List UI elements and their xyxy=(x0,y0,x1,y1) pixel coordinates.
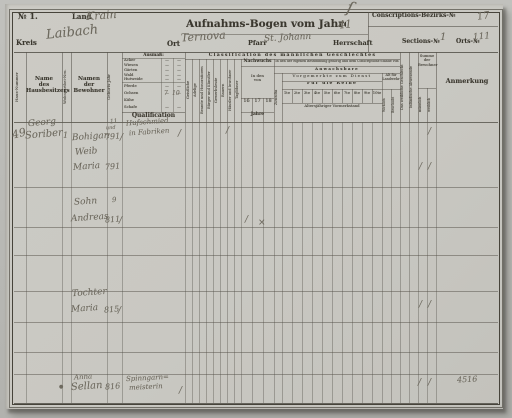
text-herrschaft-label: Herrschaft xyxy=(333,40,377,49)
grid-line xyxy=(14,322,498,323)
conscription-district-value: 17 xyxy=(476,11,490,23)
grid-line xyxy=(14,122,498,123)
grid-line xyxy=(62,122,63,403)
resident-3-birth-year: 791 xyxy=(105,162,121,171)
livestock-count-a: 7 xyxy=(164,91,168,97)
text-reihe: Für die Reihe xyxy=(282,82,382,88)
text-geburtsjahr: Geburts-Jahr xyxy=(107,54,121,120)
text-class-title: Classification des männlichen Geschlecht… xyxy=(185,53,400,59)
grid-line xyxy=(161,58,162,113)
grid-line xyxy=(14,255,498,256)
text-8: 9te xyxy=(362,91,372,99)
classification-tally-2: / xyxy=(245,216,248,225)
grid-line xyxy=(274,122,275,403)
text-dash: — xyxy=(175,77,183,82)
resident-8-birth-year: 816 xyxy=(105,382,121,391)
census-form-scan: № 1.LandKreisOrtAufnahms-Bogen vom Jahre… xyxy=(0,0,512,418)
text-0: Pferde xyxy=(124,84,158,90)
grid-line xyxy=(372,122,373,403)
text-nachwuchs-mid: In den von xyxy=(241,74,274,94)
grid-line xyxy=(322,122,323,403)
resident-7-tally: / xyxy=(118,307,121,316)
text-wohnpartei: Wohnparthei-Nro. xyxy=(63,54,71,120)
resident-3-name: Maria xyxy=(73,162,101,173)
text-2: Kühe xyxy=(124,98,158,104)
grid-line xyxy=(362,122,363,403)
grid-line xyxy=(282,122,283,403)
grid-line xyxy=(409,122,410,403)
grid-line xyxy=(14,403,498,404)
text-dash: — xyxy=(163,84,171,90)
text-2: Beamte und Honoratioren xyxy=(200,60,206,120)
sections-value: 1 xyxy=(440,33,446,43)
grid-line xyxy=(352,122,353,403)
text-1: Ochsen xyxy=(124,91,158,97)
title-year-value: 41 xyxy=(338,18,353,30)
text-0: Geistliche xyxy=(186,60,192,120)
grid-line xyxy=(213,122,214,403)
text-dash: — xyxy=(175,105,183,111)
text-jahre: Jahre xyxy=(241,113,274,121)
text-6: 7te xyxy=(342,91,352,99)
grid-line xyxy=(391,122,392,403)
grid-line xyxy=(252,122,253,403)
grid-line xyxy=(192,122,193,403)
summe-tally-2: / xyxy=(419,163,422,172)
summe-tally-4: / xyxy=(419,301,422,310)
resident-2-name: Weib xyxy=(75,147,98,158)
text-3: Schafe xyxy=(124,105,158,111)
text-7: Taglöhner xyxy=(235,60,241,120)
grid-line xyxy=(14,187,498,188)
text-dash: — xyxy=(163,77,171,82)
text-besitzer: Name des Hausbesitzers xyxy=(26,76,62,100)
text-4: Hutweide xyxy=(124,77,158,82)
grid-line xyxy=(227,122,228,403)
resident-7-name: Maria xyxy=(71,304,99,315)
text-2: 3te xyxy=(302,91,312,99)
text-1: 17 xyxy=(252,99,263,107)
grid-line xyxy=(368,26,498,27)
text-0: männlich xyxy=(419,89,427,120)
text-3: Bürger und Künstler xyxy=(207,60,213,120)
text-anmerkung: Anmerkung xyxy=(436,78,498,92)
text-2: 18 xyxy=(263,99,274,107)
text-strip1: In den der eigenen Bestimmung gehörig un… xyxy=(275,60,399,66)
party-number: 1 xyxy=(63,132,68,140)
livestock-count-b: 10 xyxy=(172,91,180,97)
summe-tally-7: / xyxy=(428,379,431,388)
resident-1-birth-year: 791 xyxy=(105,132,121,141)
text-bewohner: Namen der Bewohner xyxy=(71,76,107,100)
grid-line xyxy=(234,122,235,403)
grid-line xyxy=(185,122,186,403)
grid-line xyxy=(382,122,383,403)
classification-mark-x: × xyxy=(258,219,266,228)
grid-line xyxy=(332,122,333,403)
text-4: Gewerbsleute xyxy=(214,60,220,120)
summe-tally-5: / xyxy=(428,301,431,310)
text-nachwuchs: Nachwuchs xyxy=(241,60,274,66)
grid-line xyxy=(220,122,221,403)
classification-tally: / xyxy=(226,127,229,136)
summe-tally-6: / xyxy=(418,379,421,388)
text-0: Wirklich xyxy=(383,90,391,120)
grid-line xyxy=(26,122,27,403)
text-haus: Haus-Nummer xyxy=(15,54,26,120)
text-7: 8te xyxy=(352,91,362,99)
text-5: 6te xyxy=(332,91,342,99)
text-1: Adelige xyxy=(193,60,199,120)
grid-line xyxy=(436,122,437,403)
text-4: 5te xyxy=(322,91,332,99)
text-vorgemerkt: Vorgemerkte zum Dienst xyxy=(282,74,382,80)
text-0: 1te xyxy=(282,91,292,99)
summe-tally-3: / xyxy=(428,163,431,172)
text-1: weiblich xyxy=(428,89,436,120)
summe-tally-1: / xyxy=(428,128,431,137)
grid-line xyxy=(14,352,498,353)
grid-line xyxy=(122,122,123,403)
text-5: Bauern xyxy=(221,60,227,120)
text-abwesende: Inländische Abwesende xyxy=(410,54,418,120)
text-6: Häusler und Inwohner xyxy=(228,60,234,120)
qualification-2-tally: / xyxy=(179,387,182,396)
resident-1-year-note2: und xyxy=(106,126,116,132)
orts-value: 111 xyxy=(473,32,491,42)
grid-line xyxy=(292,122,293,403)
grid-line xyxy=(241,122,242,403)
grid-line xyxy=(342,122,343,403)
text-strip2: Anwachsbare xyxy=(274,67,400,73)
ort-value: Ternova xyxy=(181,29,226,43)
anmerkung-value: 4516 xyxy=(457,375,478,384)
text-kreis-label: Kreis xyxy=(16,39,42,49)
resident-1-tally: / xyxy=(120,134,123,143)
grid-line xyxy=(206,122,207,403)
text-sections-label: Sections-№ xyxy=(402,39,442,48)
text-zuwachs: Zuwachs xyxy=(275,74,282,120)
resident-5-tally: / xyxy=(119,217,122,226)
text-9: 10te xyxy=(372,91,382,99)
land-value: Krain xyxy=(86,9,117,22)
grid-line xyxy=(400,122,401,403)
grid-line xyxy=(263,122,264,403)
grid-line xyxy=(312,122,313,403)
grid-line xyxy=(302,122,303,403)
text-1: Beurlaubt xyxy=(392,90,400,120)
text-dash: — xyxy=(175,84,183,90)
text-3: 4te xyxy=(312,91,322,99)
text-landwehr: Alt für Landwehr xyxy=(382,74,400,88)
text-weiblich: Das weibliche Geschlecht xyxy=(401,54,409,120)
text-reihe-foot: Altersjähriger Vormerkstand xyxy=(282,104,382,120)
text-1: 2te xyxy=(292,91,302,99)
resident-4-name: Sohn xyxy=(74,197,98,208)
text-0: 16 xyxy=(241,99,252,107)
grid-line xyxy=(173,58,174,113)
grid-line xyxy=(14,227,498,228)
ink-blot: ● xyxy=(59,385,63,390)
resident-5-year-note: 9 xyxy=(112,197,117,204)
grid-line xyxy=(71,122,72,403)
text-dash: — xyxy=(163,105,171,111)
grid-line xyxy=(199,122,200,403)
text-summe: Summe der Bewohner xyxy=(418,54,436,86)
qualification-tally: / xyxy=(178,130,181,139)
text-form-no: № 1. xyxy=(18,12,48,22)
